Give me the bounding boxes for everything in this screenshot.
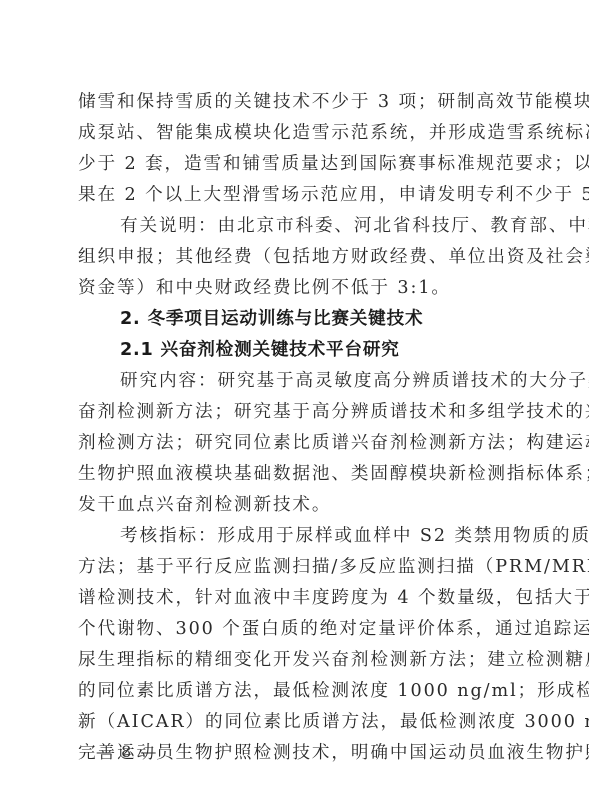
subsection-heading: 2.1 兴奋剂检测关键技术平台研究	[78, 335, 516, 366]
text-line: 资金等）和中央财政经费比例不低于 3:1。	[78, 273, 516, 304]
text-line: 考核指标：形成用于尿样或血样中 S2 类禁用物质的质谱检测	[78, 521, 516, 552]
text-line: 尿生理指标的精细变化开发兴奋剂检测新方法；建立检测糖皮质	[78, 645, 516, 676]
text-line: 奋剂检测新方法；研究基于高分辨质谱技术和多组学技术的兴奋	[78, 397, 516, 428]
text-line: 生物护照血液模块基础数据池、类固醇模块新检测指标体系；研	[78, 459, 516, 490]
text-line: 研究内容：研究基于高灵敏度高分辨质谱技术的大分子类兴	[78, 366, 516, 397]
text-line: 果在 2 个以上大型滑雪场示范应用，申请发明专利不少于 5 项。	[78, 180, 516, 211]
text-line: 个代谢物、300 个蛋白质的绝对定量评价体系，通过追踪运动员血	[78, 614, 516, 645]
paragraph-snowmaking-results: 储雪和保持雪质的关键技术不少于 3 项；研制高效节能模块化集 成泵站、智能集成模…	[78, 87, 516, 211]
paragraph-research-content: 研究内容：研究基于高灵敏度高分辨质谱技术的大分子类兴 奋剂检测新方法；研究基于高…	[78, 366, 516, 521]
text-line: 谱检测技术，针对血液中丰度跨度为 4 个数量级，包括大于 300	[78, 583, 516, 614]
text-line: 发干血点兴奋剂检测新技术。	[78, 490, 516, 521]
document-page: 储雪和保持雪质的关键技术不少于 3 项；研制高效节能模块化集 成泵站、智能集成模…	[78, 87, 516, 769]
text-line: 新（AICAR）的同位素比质谱方法，最低检测浓度 3000 ng/ml；	[78, 707, 516, 738]
text-line: 的同位素比质谱方法，最低检测浓度 1000 ng/ml；形成检测阿卡地	[78, 676, 516, 707]
text-line: 剂检测方法；研究同位素比质谱兴奋剂检测新方法；构建运动员	[78, 428, 516, 459]
text-line: 成泵站、智能集成模块化造雪示范系统，并形成造雪系统标准不	[78, 118, 516, 149]
paragraph-assessment-indicators: 考核指标：形成用于尿样或血样中 S2 类禁用物质的质谱检测 方法；基于平行反应监…	[78, 521, 516, 769]
heading-text: 2. 冬季项目运动训练与比赛关键技术	[78, 304, 516, 335]
page-number: — 8 —	[96, 740, 158, 764]
text-line: 组织申报；其他经费（包括地方财政经费、单位出资及社会渠道	[78, 242, 516, 273]
text-line: 有关说明：由北京市科委、河北省科技厅、教育部、中科院	[78, 211, 516, 242]
section-heading: 2. 冬季项目运动训练与比赛关键技术	[78, 304, 516, 335]
heading-text: 2.1 兴奋剂检测关键技术平台研究	[78, 335, 516, 366]
text-line: 方法；基于平行反应监测扫描/多反应监测扫描（PRM/MRM）质	[78, 552, 516, 583]
text-line: 储雪和保持雪质的关键技术不少于 3 项；研制高效节能模块化集	[78, 87, 516, 118]
text-line: 少于 2 套，造雪和铺雪质量达到国际赛事标准规范要求；以上成	[78, 149, 516, 180]
paragraph-related-notes: 有关说明：由北京市科委、河北省科技厅、教育部、中科院 组织申报；其他经费（包括地…	[78, 211, 516, 304]
